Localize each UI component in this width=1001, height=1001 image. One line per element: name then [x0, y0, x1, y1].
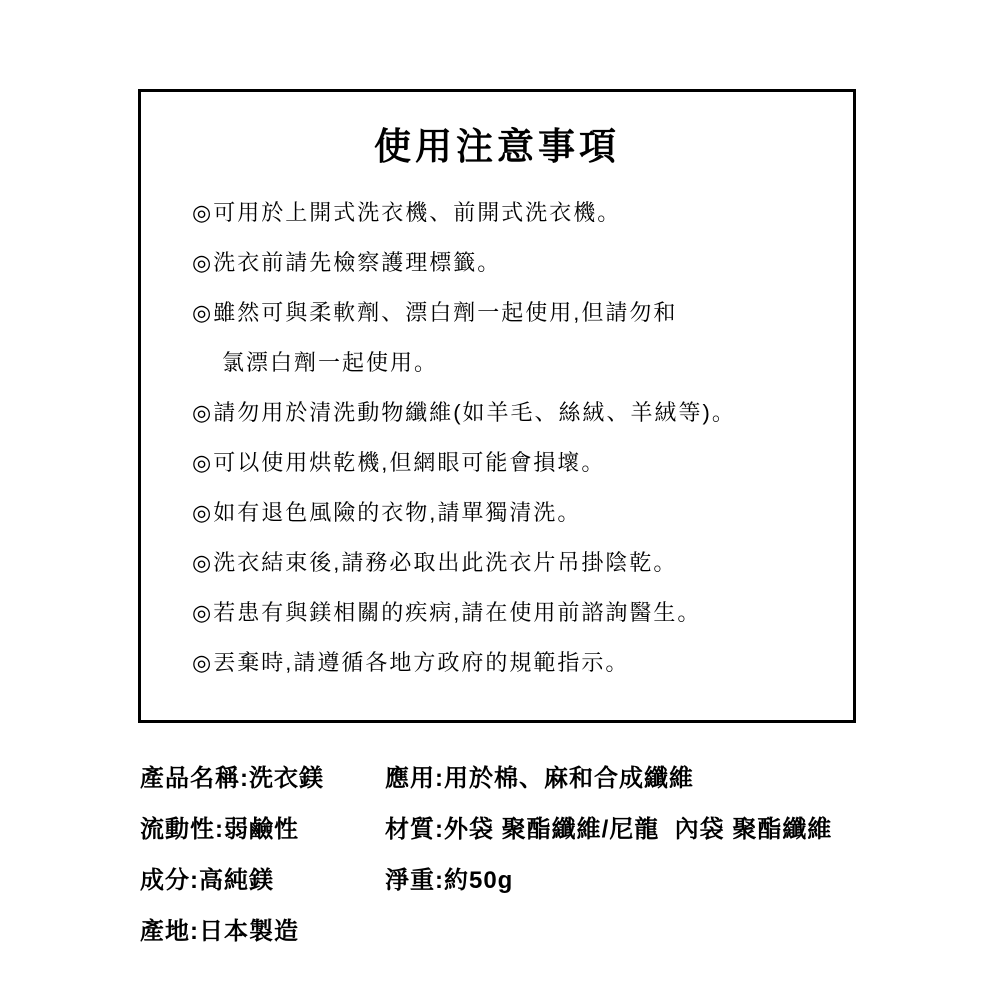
ingredient-field: 成分:高純鎂 [140, 855, 385, 906]
notice-item-text: 可以使用烘乾機,但網眼可能會損壞。 [213, 450, 605, 475]
usage-notice-box: 使用注意事項 ◎可用於上開式洗衣機、前開式洗衣機。 ◎洗衣前請先檢察護理標籤。 … [138, 89, 856, 723]
notice-item-continuation: 氯漂白劑一起使用。 [192, 338, 843, 388]
notice-item: ◎雖然可與柔軟劑、漂白劑一起使用,但請勿和 [192, 288, 843, 338]
notice-item-text: 請勿用於清洗動物纖維(如羊毛、絲絨、羊絨等)。 [213, 400, 736, 425]
double-circle-bullet-icon: ◎ [192, 200, 213, 225]
fluidity-field: 流動性:弱鹼性 [140, 804, 385, 855]
double-circle-bullet-icon: ◎ [192, 550, 213, 575]
product-info-row: 產地:日本製造 [140, 906, 885, 957]
notice-item: ◎可用於上開式洗衣機、前開式洗衣機。 [192, 188, 843, 238]
notice-item: ◎洗衣前請先檢察護理標籤。 [192, 238, 843, 288]
product-label-page: { "page": { "background_color": "#ffffff… [0, 0, 1001, 1001]
product-info-row: 成分:高純鎂 淨重:約50g [140, 855, 885, 906]
notice-item: ◎請勿用於清洗動物纖維(如羊毛、絲絨、羊絨等)。 [192, 388, 843, 438]
net-weight-field: 淨重:約50g [385, 855, 885, 906]
origin-field: 產地:日本製造 [140, 906, 385, 957]
double-circle-bullet-icon: ◎ [192, 250, 213, 275]
product-name-field: 產品名稱:洗衣鎂 [140, 753, 385, 804]
notice-item-text: 可用於上開式洗衣機、前開式洗衣機。 [213, 200, 621, 225]
double-circle-bullet-icon: ◎ [192, 500, 213, 525]
notice-item: ◎可以使用烘乾機,但網眼可能會損壞。 [192, 438, 843, 488]
product-info-row: 流動性:弱鹼性 材質:外袋 聚酯纖維/尼龍 內袋 聚酯纖維 [140, 804, 885, 855]
empty-cell [385, 906, 885, 957]
notice-item-text: 如有退色風險的衣物,請單獨清洗。 [213, 500, 581, 525]
material-field: 材質:外袋 聚酯纖維/尼龍 內袋 聚酯纖維 [385, 804, 885, 855]
notice-title: 使用注意事項 [141, 125, 853, 169]
double-circle-bullet-icon: ◎ [192, 400, 213, 425]
product-info-row: 產品名稱:洗衣鎂 應用:用於棉、麻和合成纖維 [140, 753, 885, 804]
notice-item-text: 丟棄時,請遵循各地方政府的規範指示。 [213, 650, 629, 675]
notice-item: ◎洗衣結束後,請務必取出此洗衣片吊掛陰乾。 [192, 538, 843, 588]
notice-item-text: 洗衣結束後,請務必取出此洗衣片吊掛陰乾。 [213, 550, 677, 575]
notice-item: ◎若患有與鎂相關的疾病,請在使用前諮詢醫生。 [192, 588, 843, 638]
notice-item: ◎丟棄時,請遵循各地方政府的規範指示。 [192, 638, 843, 688]
notice-item-text: 氯漂白劑一起使用。 [222, 350, 438, 375]
notice-item-text: 若患有與鎂相關的疾病,請在使用前諮詢醫生。 [213, 600, 701, 625]
double-circle-bullet-icon: ◎ [192, 650, 213, 675]
notice-list: ◎可用於上開式洗衣機、前開式洗衣機。 ◎洗衣前請先檢察護理標籤。 ◎雖然可與柔軟… [141, 188, 853, 688]
product-info-section: 產品名稱:洗衣鎂 應用:用於棉、麻和合成纖維 流動性:弱鹼性 材質:外袋 聚酯纖… [140, 753, 885, 957]
double-circle-bullet-icon: ◎ [192, 450, 213, 475]
notice-item-text: 洗衣前請先檢察護理標籤。 [213, 250, 501, 275]
double-circle-bullet-icon: ◎ [192, 300, 213, 325]
application-field: 應用:用於棉、麻和合成纖維 [385, 753, 885, 804]
double-circle-bullet-icon: ◎ [192, 600, 213, 625]
notice-item-text: 雖然可與柔軟劑、漂白劑一起使用,但請勿和 [213, 300, 677, 325]
notice-item: ◎如有退色風險的衣物,請單獨清洗。 [192, 488, 843, 538]
